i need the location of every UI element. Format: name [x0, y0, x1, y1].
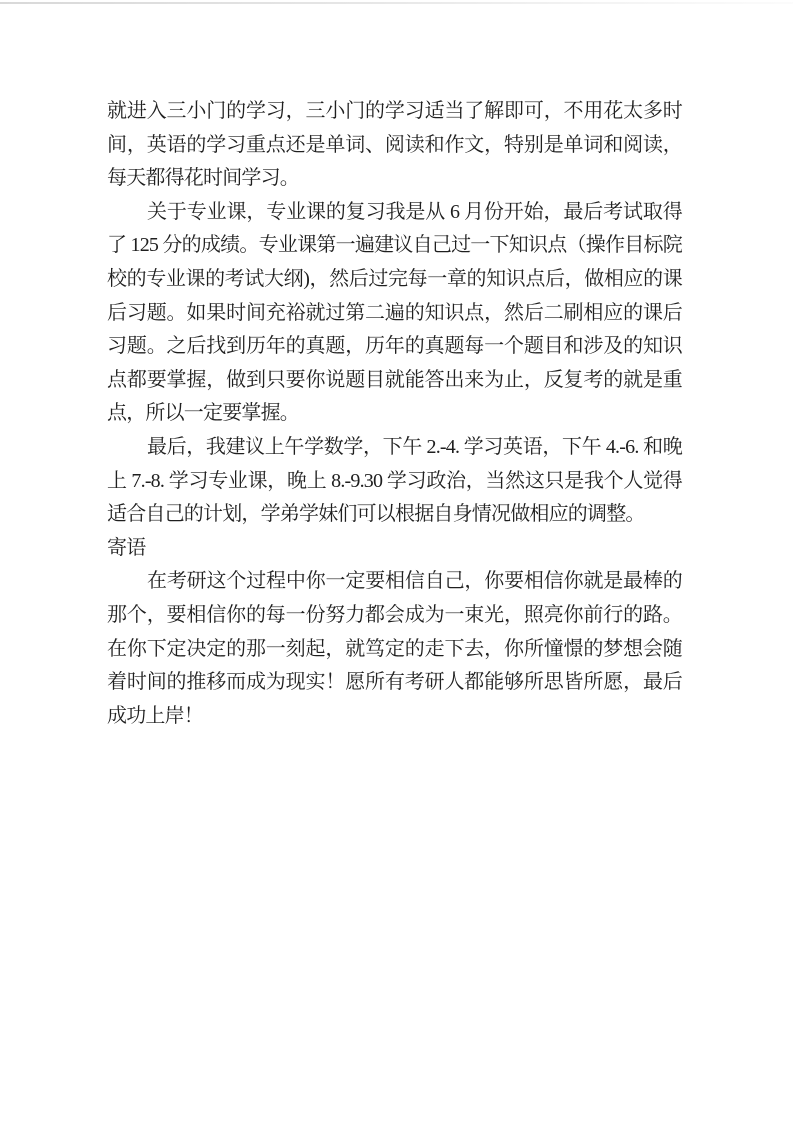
document-page: 就进入三小门的学习，三小门的学习适当了解即可，不用花太多时间，英语的学习重点还是… — [107, 95, 682, 733]
paragraph-message: 在考研这个过程中你一定要相信自己，你要相信你就是最棒的那个，要相信你的每一份努力… — [107, 565, 682, 733]
heading-message: 寄语 — [107, 532, 682, 566]
scan-artifact-line — [0, 2, 793, 4]
paragraph-daily-schedule: 最后，我建议上午学数学，下午 2.-4. 学习英语，下午 4.-6. 和晚上 7… — [107, 431, 682, 532]
paragraph-english-study: 就进入三小门的学习，三小门的学习适当了解即可，不用花太多时间，英语的学习重点还是… — [107, 95, 682, 196]
paragraph-major-course: 关于专业课，专业课的复习我是从 6 月份开始，最后考试取得了 125 分的成绩。… — [107, 196, 682, 431]
